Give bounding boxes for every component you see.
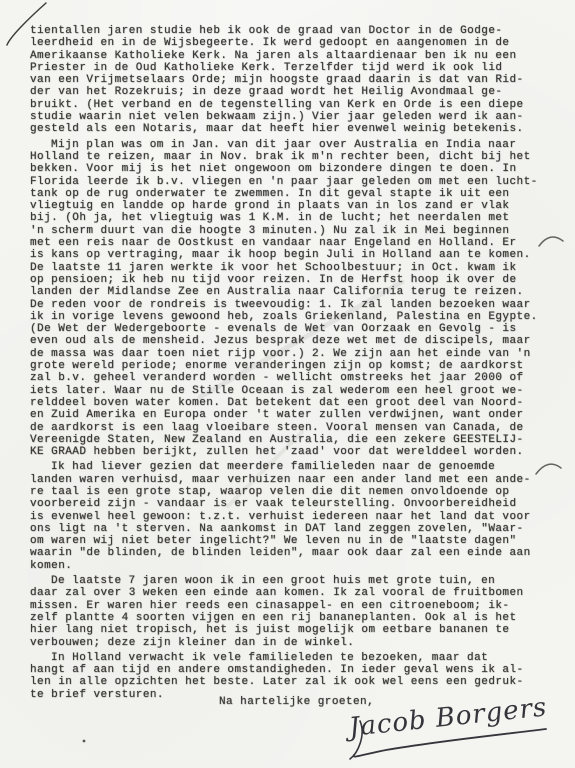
letter-line: vliegtuig en landde op harde grond in pl… bbox=[30, 200, 560, 212]
letter-line: hier lang niet tropisch, het is juist mo… bbox=[30, 624, 560, 636]
letter-line: waarin "de blinden, de blinden leiden", … bbox=[30, 547, 560, 559]
letter-line: is kans op vertraging, maar ik hoop begi… bbox=[30, 249, 560, 261]
letter-line: zelf plantte 4 soorten vijgen en een rij… bbox=[30, 612, 560, 624]
letter-line: bekken. Voor mij is het niet ongewoon om… bbox=[30, 163, 560, 175]
letter-line: tank op de rug onderwater te zwemmen. In… bbox=[30, 188, 560, 200]
letter-line: om waren wij niet beter ingelicht?" We l… bbox=[30, 535, 560, 547]
paragraph: Mijn plan was om in Jan. van dit jaar ov… bbox=[30, 139, 560, 459]
letter-line: KE GRAAD hebben berijkt, zullen het 'zaa… bbox=[30, 446, 560, 458]
letter-line: landen waren verhuisd, maar verhuizen na… bbox=[30, 474, 560, 486]
letter-line: hangt af aan tijd en andere omstandighed… bbox=[30, 664, 560, 676]
letter-line: Florida leerde ik b.v. vliegen en 'n paa… bbox=[30, 176, 560, 188]
letter-line: landen der Midlandse Zee en Australia na… bbox=[30, 286, 560, 298]
letter-line: Mijn plan was om in Jan. van dit jaar ov… bbox=[30, 139, 560, 151]
letter-line: Ik had liever gezien dat meerdere famili… bbox=[30, 461, 560, 473]
letter-line: studie waarin niet velen bekwaam zijn.) … bbox=[30, 111, 560, 123]
letter-body: tientallen jaren studie heb ik ook de gr… bbox=[30, 25, 560, 701]
letter-line: komen. bbox=[30, 560, 560, 572]
letter-line: len in alle opzichten het beste. Later z… bbox=[30, 676, 560, 688]
paragraph: De laatste 7 jaren woon ik in een groot … bbox=[30, 575, 560, 649]
letter-line: re taal is een grote stap, waarop velen … bbox=[30, 486, 560, 498]
letter-line: Vereenigde Staten, New Zealand en Austra… bbox=[30, 434, 560, 446]
letter-line: even oud als de mensheid. Jezus besprak … bbox=[30, 335, 560, 347]
paragraph: In Holland verwacht ik vele familieleden… bbox=[30, 652, 560, 701]
signature-name: Jacob Borgers bbox=[343, 695, 549, 743]
letter-line: De laatste 7 jaren woon ik in een groot … bbox=[30, 575, 560, 587]
letter-line: De reden voor de rondreis is tweevoudig:… bbox=[30, 299, 560, 311]
letter-line: bij. (Oh ja, het vliegtuig was 1 K.M. in… bbox=[30, 212, 560, 224]
letter-line: In Holland verwacht ik vele familieleden… bbox=[30, 652, 560, 664]
letter-line: De laatste 11 jaren werkte ik voor het S… bbox=[30, 262, 560, 274]
letter-line: missen. Er waren hier reeds een cinasapp… bbox=[30, 600, 560, 612]
letter-line: op pensioen; ik heb nu tijd voor reizen.… bbox=[30, 274, 560, 286]
letter-line: tientallen jaren studie heb ik ook de gr… bbox=[30, 25, 560, 37]
letter-line: Amerikaanse Katholieke Kerk. Na jaren al… bbox=[30, 50, 560, 62]
letter-line: leerdheid en in de Wijsbegeerte. Ik werd… bbox=[30, 37, 560, 49]
ink-speck bbox=[83, 740, 86, 743]
letter-line: iets later. Waar nu de Stille Oceaan is … bbox=[30, 385, 560, 397]
letter-line: Priester in de Oud Katholieke Kerk. Terz… bbox=[30, 62, 560, 74]
letter-line: zal b.v. geheel veranderd worden - welli… bbox=[30, 372, 560, 384]
letter-page: tientallen jaren studie heb ik ook de gr… bbox=[0, 0, 575, 768]
paragraph: Ik had liever gezien dat meerdere famili… bbox=[30, 461, 560, 572]
letter-line: daar zal over 3 weken een einde aan kome… bbox=[30, 587, 560, 599]
letter-line: der van het Rozekruis; in deze graad wor… bbox=[30, 86, 560, 98]
letter-line: gesteld als een Notaris, maar dat heeft … bbox=[30, 123, 560, 135]
letter-line: de aardkorst is een laag vloeibare steen… bbox=[30, 422, 560, 434]
letter-line: met een reis naar de Oostkust en vandaar… bbox=[30, 237, 560, 249]
letter-line: de massa was daar toen niet rijp voor.) … bbox=[30, 348, 560, 360]
letter-line: en Zuid Amerika en Europa onder 't water… bbox=[30, 409, 560, 421]
paragraph: tientallen jaren studie heb ik ook de gr… bbox=[30, 25, 560, 136]
letter-line: ons ligt na 't sterven. Na aankomst in D… bbox=[30, 523, 560, 535]
signature-graphic: Jacob Borgers bbox=[338, 695, 558, 765]
letter-line: bruikt. (Het verband en de tegenstelling… bbox=[30, 99, 560, 111]
letter-line: is evenwel heel gewoon: t.z.t. verhuist … bbox=[30, 511, 560, 523]
letter-line: ik in vorige levens gewoond heb, zoals G… bbox=[30, 311, 560, 323]
letter-line: van een Vrijmetselaars Orde; mijn hoogst… bbox=[30, 74, 560, 86]
letter-line: Holland te reizen, maar in Nov. brak ik … bbox=[30, 151, 560, 163]
letter-line: (De Wet der Wedergeboorte - evenals de W… bbox=[30, 323, 560, 335]
letter-line: grote wereld periode; enorme verandering… bbox=[30, 360, 560, 372]
signature: Jacob Borgers bbox=[338, 695, 558, 765]
letter-line: voorbereid zijn - vandaar is er vaak tel… bbox=[30, 498, 560, 510]
letter-line: verbouwen; deze zijn kleiner dan in de w… bbox=[30, 637, 560, 649]
letter-line: 'n scherm duurt van die hoogte 3 minuten… bbox=[30, 225, 560, 237]
letter-line: relddeel boven water komen. Dat betekent… bbox=[30, 397, 560, 409]
